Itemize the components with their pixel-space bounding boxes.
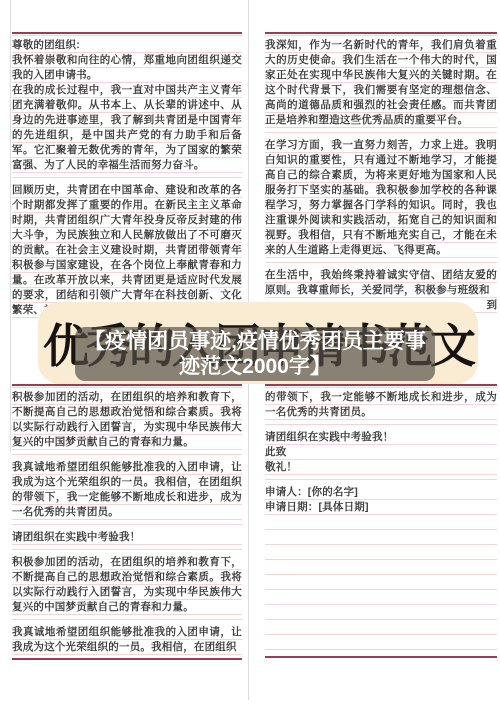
paragraph: 积极参加团的活动，在团组织的培养和教育下，不断提高自己的思想政治觉悟和综合素质。…: [12, 555, 242, 615]
paragraph: 的带领下，我一定能够不断地成长和进步，成为一名优秀的共青团员。: [265, 390, 497, 420]
paragraph: 在生活中，我始终秉持着诚实守信、团结友爱的原则。我尊重师长，关爱同学，积极参与班…: [265, 268, 497, 298]
paragraph-gap: [12, 520, 242, 530]
paragraph: 我真诚地希望团组织能够批准我的入团申请，让我成为这个光荣组织的一员。我相信，在团…: [12, 460, 242, 520]
section-right-bottom: 的带领下，我一定能够不断地成长和进步，成为一名优秀的共青团员。请团组织在实践中考…: [265, 384, 497, 658]
paragraph: 回顾历史，共青团在中国革命、建设和改革的各个时期都发挥了重要的作用。在新民主主义…: [12, 183, 242, 318]
paragraph-gap: [265, 258, 497, 268]
paragraph: 我真诚地希望团组织能够批准我的入团申请，让我成为这个光荣组织的一员。我相信，在团…: [12, 625, 242, 655]
paragraph: 请团组织在实践中考验我！: [12, 530, 242, 545]
paragraph: 我深知，作为一名新时代的青年，我们肩负着重大的历史使命。我们生活在一个伟大的时代…: [265, 38, 497, 128]
paragraph-gap: [12, 173, 242, 183]
paragraph-gap: [265, 128, 497, 138]
empty-ruled-lines: [265, 515, 497, 656]
paragraph: 申请人：[你的名字] 申请日期：[具体日期]: [265, 485, 497, 515]
left-edge-divider: [10, 0, 11, 452]
caption-overlay: 【疫情团员事迹,疫情优秀团员主要事迹范文2000字】: [75, 327, 435, 381]
paragraph: 积极参加团的活动，在团组织的培养和教育下，不断提高自己的思想政治觉悟和综合素质。…: [12, 390, 242, 450]
article-page: 尊敬的团组织: 我怀着崇敬和向往的心情，郑重地向团组织递交我的入团申请书。 在我…: [0, 0, 500, 707]
paragraph-gap: [12, 450, 242, 460]
paragraph: 请团组织在实践中考验我！ 此致 敬礼！: [265, 430, 497, 475]
section-left-bottom: 积极参加团的活动，在团组织的培养和教育下，不断提高自己的思想政治觉悟和综合素质。…: [12, 384, 242, 660]
paragraph: 尊敬的团组织: 我怀着崇敬和向往的心情，郑重地向团组织递交我的入团申请书。 在我…: [12, 38, 242, 173]
caption-text: 【疫情团员事迹,疫情优秀团员主要事迹范文2000字】: [75, 329, 435, 379]
paragraph-gap: [12, 615, 242, 625]
paragraph-gap: [12, 545, 242, 555]
paragraph-gap: [265, 475, 497, 485]
paragraph: 在学习方面，我一直努力刻苦，力求上进。我明白知识的重要性，只有通过不断地学习，才…: [265, 138, 497, 258]
paragraph-gap: [265, 420, 497, 430]
